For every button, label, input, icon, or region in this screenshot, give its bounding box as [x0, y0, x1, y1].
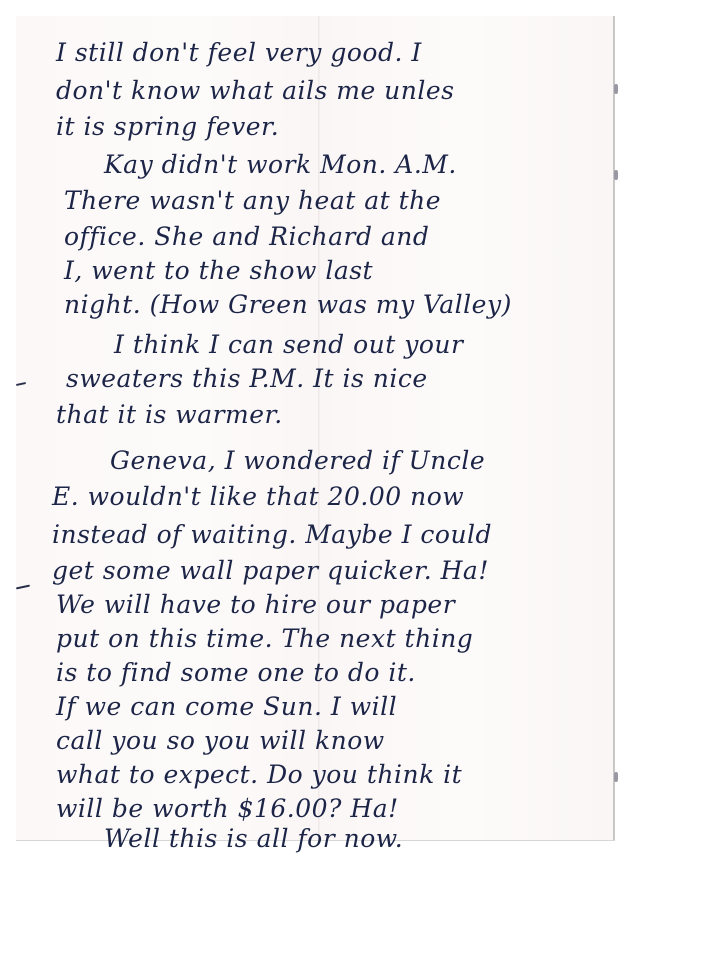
- letter-line: it is spring fever.: [56, 112, 279, 142]
- letter-line: is to find some one to do it.: [56, 658, 416, 688]
- margin-ink-mark: [614, 772, 618, 782]
- margin-ink-mark: [614, 84, 618, 94]
- letter-line: I still don't feel very good. I: [56, 38, 422, 68]
- letter-line: don't know what ails me unles: [56, 76, 455, 106]
- letter-line: what to expect. Do you think it: [56, 760, 462, 790]
- letter-line: put on this time. The next thing: [56, 624, 473, 654]
- letter-line: office. She and Richard and: [64, 222, 429, 252]
- letter-page: I still don't feel very good. I don't kn…: [16, 16, 615, 840]
- letter-line: will be worth $16.00? Ha!: [56, 794, 399, 824]
- letter-line: E. wouldn't like that 20.00 now: [52, 482, 464, 512]
- letter-line: If we can come Sun. I will: [56, 692, 397, 722]
- letter-line: Kay didn't work Mon. A.M.: [104, 150, 457, 180]
- letter-line: Geneva, I wondered if Uncle: [110, 446, 485, 476]
- letter-line: Well this is all for now.: [104, 824, 403, 854]
- letter-line: call you so you will know: [56, 726, 385, 756]
- letter-line: sweaters this P.M. It is nice: [66, 364, 428, 394]
- letter-line: get some wall paper quicker. Ha!: [52, 556, 489, 586]
- letter-line: instead of waiting. Maybe I could: [52, 520, 492, 550]
- letter-line: We will have to hire our paper: [56, 590, 455, 620]
- letter-line: night. (How Green was my Valley): [64, 290, 512, 320]
- letter-line: I, went to the show last: [64, 256, 373, 286]
- letter-line: I think I can send out your: [114, 330, 464, 360]
- letter-line: that it is warmer.: [56, 400, 283, 430]
- letter-line: There wasn't any heat at the: [64, 186, 441, 216]
- margin-ink-mark: [614, 170, 618, 180]
